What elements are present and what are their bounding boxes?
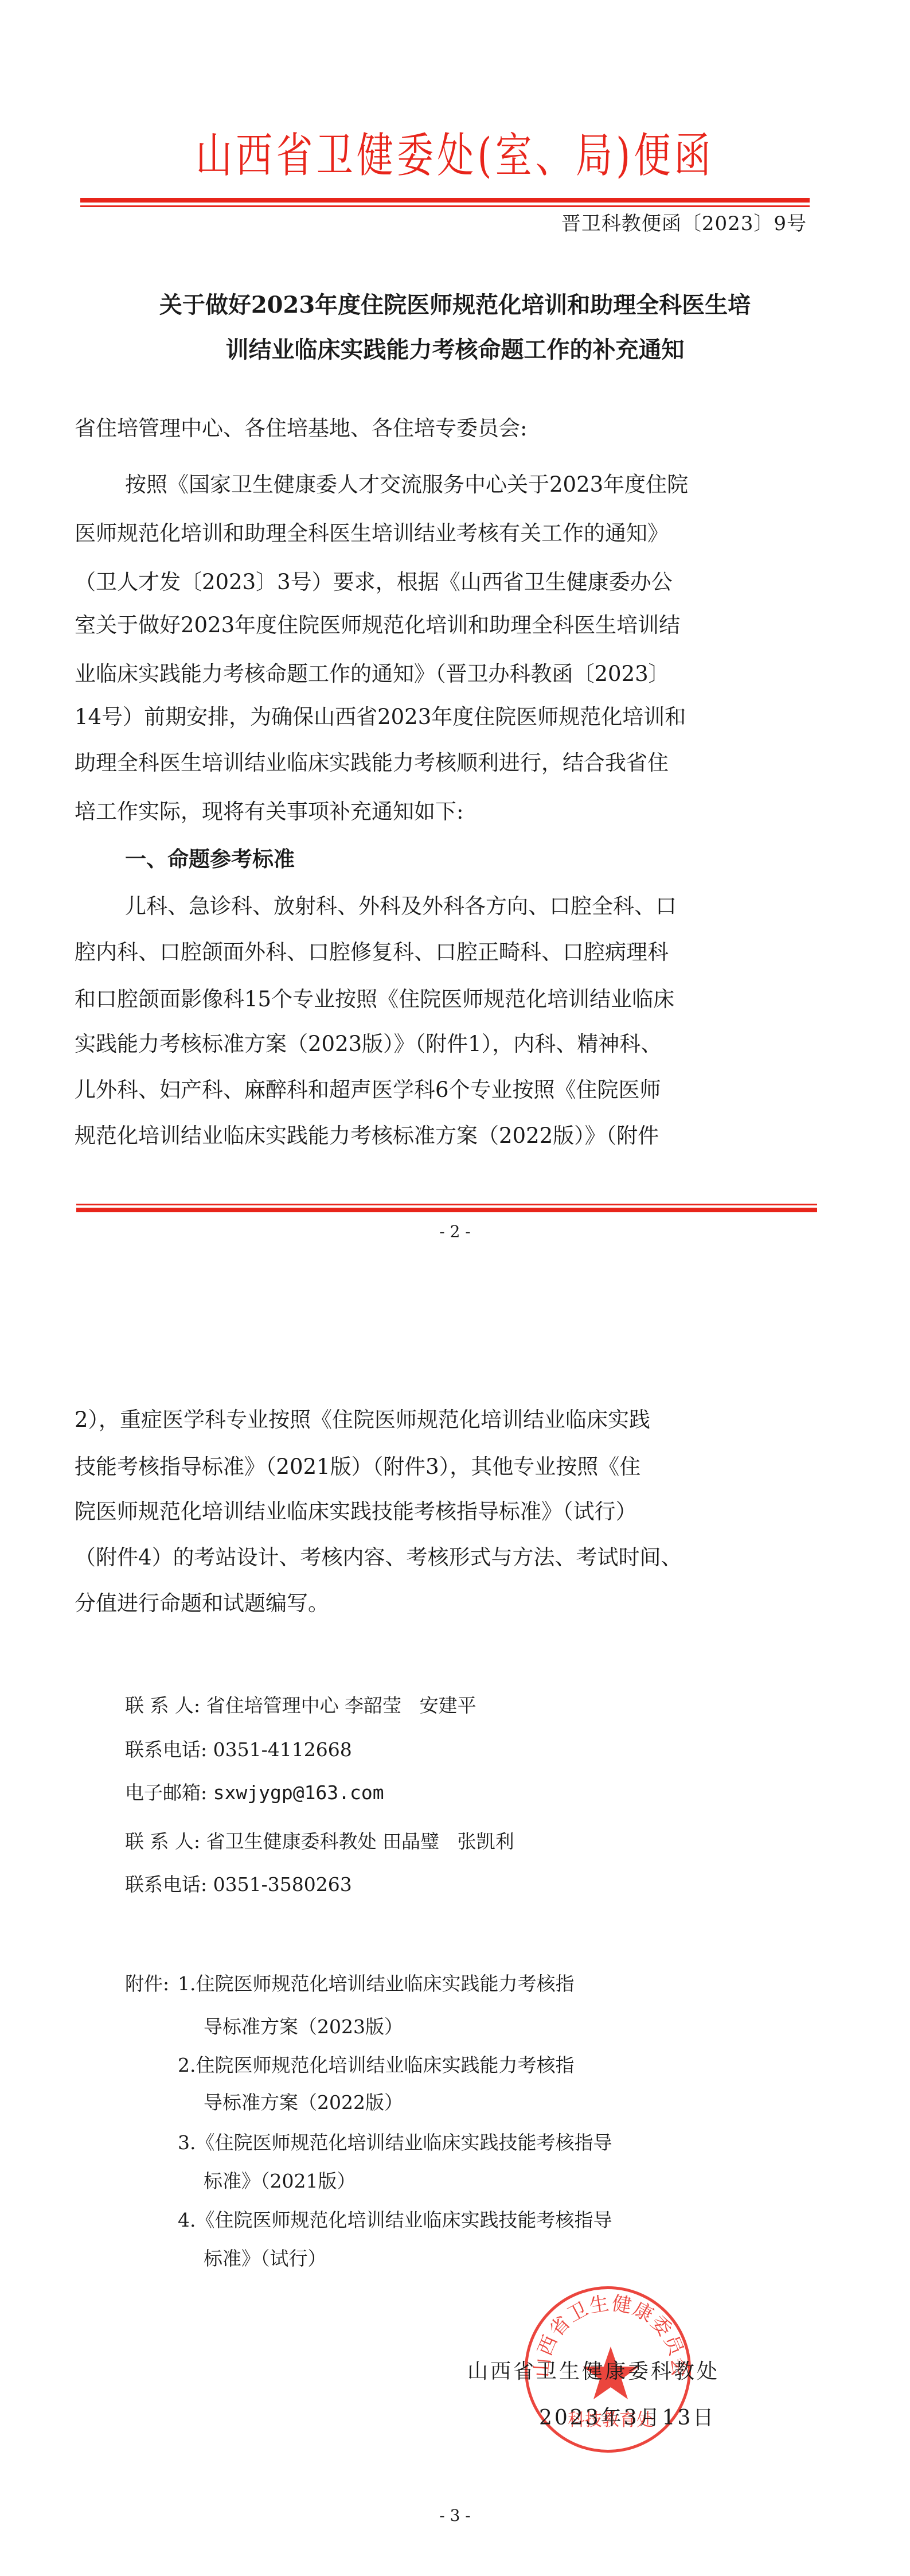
- paragraph-line: 14号）前期安排，为确保山西省2023年度住院医师规范化培训和: [75, 706, 686, 729]
- attachment-item: 1.住院医师规范化培训结业临床实践能力考核指: [178, 1972, 575, 1995]
- section-title: 一、命题参考标准: [125, 848, 295, 871]
- contact-email: sxwjygp@163.com: [213, 1781, 384, 1804]
- section-line: 分值进行命题和试题编写。: [75, 1592, 329, 1615]
- section-line: 儿外科、妇产科、麻醉科和超声医学科6个专业按照《住院医师: [75, 1079, 661, 1102]
- contact-value: 省住培管理中心 李韶莹 安建平: [206, 1694, 477, 1717]
- contact-row: 电子邮箱: sxwjygp@163.com: [125, 1781, 384, 1804]
- contact-label: 电子邮箱:: [125, 1781, 207, 1804]
- attachment-item: 4.《住院医师规范化培训结业临床实践技能考核指导: [178, 2209, 612, 2232]
- paragraph-line: 按照《国家卫生健康委人才交流服务中心关于2023年度住院: [125, 473, 688, 496]
- section-line: 2），重症医学科专业按照《住院医师规范化培训结业临床实践: [75, 1408, 650, 1431]
- attachment-number: 4.: [178, 2209, 196, 2231]
- page-number: - 2 -: [0, 1222, 910, 1242]
- footer-rule-thick: [76, 1208, 817, 1212]
- attachment-title: 住院医师规范化培训结业临床实践能力考核指: [196, 2054, 575, 2076]
- contact-label: 联系电话:: [125, 1738, 207, 1761]
- attachment-number: 1.: [178, 1972, 196, 1995]
- section-line: 实践能力考核标准方案（2023版）》（附件1），内科、精神科、: [75, 1033, 662, 1056]
- section-line: （附件4）的考站设计、考核内容、考核形式与方法、考试时间、: [75, 1546, 682, 1569]
- paragraph-line: 医师规范化培训和助理全科医生培训结业考核有关工作的通知》: [75, 522, 669, 545]
- contact-phone: 0351-3580263: [213, 1873, 352, 1896]
- attachment-number: 3.: [178, 2131, 196, 2154]
- attachment-title: 《住院医师规范化培训结业临床实践技能考核指导: [196, 2131, 612, 2154]
- attachment-item-cont: 导标准方案（2022版）: [204, 2091, 403, 2114]
- salutation: 省住培管理中心、各住培基地、各住培专委员会:: [75, 417, 527, 440]
- contact-row: 联系电话: 0351-4112668: [125, 1738, 352, 1761]
- paragraph-line: 室关于做好2023年度住院医师规范化培训和助理全科医生培训结: [75, 614, 680, 637]
- paragraph-line: （卫人才发〔2023〕3号）要求，根据《山西省卫生健康委办公: [75, 571, 673, 594]
- attachment-item-cont: 标准》（2021版）: [204, 2170, 356, 2193]
- contact-label: 联 系 人:: [125, 1830, 200, 1853]
- section-line: 院医师规范化培训结业临床实践技能考核指导标准》（试行）: [75, 1500, 637, 1523]
- section-line: 规范化培训结业临床实践能力考核标准方案（2022版）》（附件: [75, 1124, 659, 1147]
- section-line: 技能考核指导标准》（2021版）（附件3），其他专业按照《住: [75, 1456, 640, 1478]
- signature-org: 山西省卫生健康委科教处: [467, 2359, 720, 2384]
- attachment-item-cont: 导标准方案（2023版）: [204, 2015, 403, 2038]
- section-line: 和口腔颌面影像科15个专业按照《住院医师规范化培训结业临床: [75, 988, 674, 1011]
- page-number: - 3 -: [0, 2506, 910, 2526]
- heading-line-1: 关于做好2023年度住院医师规范化培训和助理全科医生培: [0, 283, 910, 328]
- contact-value: 省卫生健康委科教处 田晶璧 张凯利: [206, 1830, 514, 1853]
- paragraph-line: 业临床实践能力考核命题工作的通知》（晋卫办科教函〔2023〕: [75, 663, 670, 686]
- document-heading: 关于做好2023年度住院医师规范化培训和助理全科医生培 训结业临床实践能力考核命…: [0, 283, 910, 372]
- heading-line-2: 训结业临床实践能力考核命题工作的补充通知: [0, 328, 910, 372]
- attachment-item: 2.住院医师规范化培训结业临床实践能力考核指: [178, 2054, 575, 2077]
- letterhead-rule-thin: [80, 205, 810, 207]
- signature-date: 2023年3月13日: [539, 2406, 716, 2431]
- contact-row: 联 系 人: 省卫生健康委科教处 田晶璧 张凯利: [125, 1830, 514, 1853]
- paragraph-line: 培工作实际，现将有关事项补充通知如下:: [75, 800, 463, 823]
- letterhead-rule-thick: [80, 198, 810, 203]
- paragraph-line: 助理全科医生培训结业临床实践能力考核顺利进行，结合我省住: [75, 752, 669, 775]
- section-line: 腔内科、口腔颌面外科、口腔修复科、口腔正畸科、口腔病理科: [75, 941, 669, 964]
- contact-phone: 0351-4112668: [213, 1738, 352, 1761]
- document-number: 晋卫科教便函〔2023〕9号: [561, 211, 807, 236]
- letterhead-title: 山西省卫健委处(室、局)便函: [100, 127, 810, 185]
- attachments-label: 附件:: [125, 1972, 169, 1995]
- attachment-item: 3.《住院医师规范化培训结业临床实践技能考核指导: [178, 2131, 612, 2154]
- attachment-title: 《住院医师规范化培训结业临床实践技能考核指导: [196, 2209, 612, 2231]
- attachment-number: 2.: [178, 2054, 196, 2076]
- contact-label: 联系电话:: [125, 1873, 207, 1896]
- contact-row: 联系电话: 0351-3580263: [125, 1873, 352, 1896]
- contact-row: 联 系 人: 省住培管理中心 李韶莹 安建平: [125, 1694, 477, 1717]
- footer-rule-thin: [76, 1204, 817, 1205]
- attachment-item-cont: 标准》（试行）: [204, 2247, 327, 2270]
- contact-label: 联 系 人:: [125, 1694, 200, 1717]
- attachment-title: 住院医师规范化培训结业临床实践能力考核指: [196, 1972, 575, 1995]
- section-line: 儿科、急诊科、放射科、外科及外科各方向、口腔全科、口: [125, 895, 677, 918]
